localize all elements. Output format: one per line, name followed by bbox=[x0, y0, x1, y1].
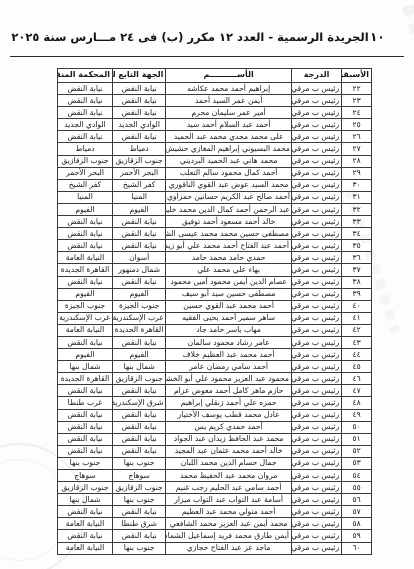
table-cell: ٣٤ bbox=[342, 228, 372, 240]
table-cell: الوادي الجديد bbox=[58, 119, 113, 131]
table-cell: أحمد سامي عبد الحليم رجب غنيم bbox=[166, 482, 292, 494]
table-cell: ٢٣ bbox=[342, 95, 372, 107]
table-cell: نيابة النقض bbox=[112, 445, 165, 457]
table-cell: أمير عمر سليمان محرم bbox=[166, 107, 292, 119]
table-cell: شرق طنطا bbox=[112, 518, 165, 530]
table-row: ٢٣رئيس ب مرقي أأيمن عمر السيد أحمدنيابة … bbox=[58, 95, 372, 107]
table-cell: رئيس ب مرقي أ bbox=[291, 336, 341, 348]
column-header-seniority: الأسبقية bbox=[342, 69, 372, 83]
table-cell: نيابة النقض bbox=[112, 95, 165, 107]
table-row: ٥٦رئيس ب مرقي أأسامة عبد التواب عبد التو… bbox=[58, 494, 372, 506]
table-cell: رئيس ب مرقي أ bbox=[291, 167, 341, 179]
table-cell: نيابة النقض bbox=[112, 336, 165, 348]
table-cell: الفيوم bbox=[112, 203, 165, 215]
table-cell: نيابة النقض bbox=[58, 131, 113, 143]
table-cell: ٤٩ bbox=[342, 409, 372, 421]
table-cell: رئيس ب مرقي أ bbox=[291, 240, 341, 252]
table-cell: محمد هاني عبد الحميد البرديني bbox=[166, 155, 292, 167]
table-cell: ٢٦ bbox=[342, 131, 372, 143]
table-cell: رئيس ب مرقي أ bbox=[291, 107, 341, 119]
table-cell: رئيس ب مرقي أ bbox=[291, 228, 341, 240]
table-cell: محمد البسيوني إبراهيم المغازي حشيش bbox=[166, 143, 292, 155]
table-cell: خالد أحمد مسعود أحمد توفيق bbox=[166, 216, 292, 228]
table-cell: البحر الأحمر bbox=[58, 167, 113, 179]
table-cell: أحمد عبد الفتاح أحمد محمد علي أبو زيد bbox=[166, 240, 292, 252]
table-cell: ٣٩ bbox=[342, 288, 372, 300]
table-row: ٣٥رئيس ب مرقي أأحمد عبد الفتاح أحمد محمد… bbox=[58, 240, 372, 252]
table-cell: رئيس ب مرقي أ bbox=[291, 312, 341, 324]
transfer-table: الأسبقية الدرجة الأســــــــــم الجهة ال… bbox=[57, 68, 372, 555]
table-cell: نيابة النقض bbox=[112, 83, 165, 95]
table-cell: رئيس ب مرقي أ bbox=[291, 324, 341, 336]
table-cell: نيابة النقض bbox=[58, 445, 113, 457]
table-cell: حمدي حامد محمد حامد bbox=[166, 252, 292, 264]
table-cell: نيابة النقض bbox=[112, 530, 165, 542]
table-cell: ٥٥ bbox=[342, 482, 372, 494]
table-cell: رئيس ب مرقي أ bbox=[291, 264, 341, 276]
table-cell: محمد السيد عوض عبد القوي الناقوري bbox=[166, 179, 292, 191]
table-row: ٣١رئيس ب مرقي أأحمد صالح عبد الكريم حسان… bbox=[58, 191, 372, 203]
table-cell: نيابة النقض bbox=[112, 506, 165, 518]
table-cell: جنوب بنها bbox=[58, 457, 113, 469]
table-row: ٤٦رئيس ب مرقي أمحمود عبد العزيز محمود عل… bbox=[58, 373, 372, 385]
table-row: ٥٠رئيس ب مرقي أأحمد حمدي كريم يسنيابة ال… bbox=[58, 421, 372, 433]
table-cell: حمزه علي أحمد زنقلي إبراهيم bbox=[166, 397, 292, 409]
column-header-court: المحكمة المنقول إليها bbox=[58, 69, 113, 83]
table-cell: رئيس ب مرقي أ bbox=[291, 373, 341, 385]
table-cell: رئيس ب مرقي أ bbox=[291, 191, 341, 203]
gazette-header-title: الجريدة الرسمية - العدد ١٢ مكرر (ب) فى ٢… bbox=[10, 30, 370, 44]
table-cell: ٣٢ bbox=[342, 203, 372, 215]
table-cell: رئيس ب مرقي أ bbox=[291, 216, 341, 228]
table-cell: أحمد محمد عبد القوي حسين bbox=[166, 300, 292, 312]
table-cell: ماجد عز عبد الفتاح حجازي bbox=[166, 542, 292, 554]
table-cell: أحمد عبد السلام أحمد سيد bbox=[166, 119, 292, 131]
table-cell: كفر الشيخ bbox=[112, 179, 165, 191]
table-header-row: الأسبقية الدرجة الأســــــــــم الجهة ال… bbox=[58, 69, 372, 83]
table-cell: غرب الإسكندرية bbox=[112, 312, 165, 324]
table-cell: أسامة عبد التواب عبد التواب ميزار bbox=[166, 494, 292, 506]
table-cell: ٥٨ bbox=[342, 518, 372, 530]
table-cell: دمياط bbox=[112, 143, 165, 155]
table-cell: جنوب الزقازيق bbox=[112, 373, 165, 385]
table-cell: نيابة النقض bbox=[58, 276, 113, 288]
table-cell: جنوب الجيزة bbox=[112, 300, 165, 312]
table-cell: نيابة النقض bbox=[58, 216, 113, 228]
table-cell: مصطفى حسين محمد محمد عيسى الشافعي bbox=[166, 228, 292, 240]
table-cell: الفيوم bbox=[58, 288, 113, 300]
table-row: ٣٤رئيس ب مرقي أمصطفى حسين محمد محمد عيسى… bbox=[58, 228, 372, 240]
table-row: ٥٩رئيس ب مرقي أأيمن طارق محمد فريد إسماع… bbox=[58, 530, 372, 542]
table-cell: ٢٢ bbox=[342, 83, 372, 95]
table-cell: رئيس ب مرقي أ bbox=[291, 361, 341, 373]
table-cell: نيابة النقض bbox=[58, 530, 113, 542]
table-row: ٥٥رئيس ب مرقي أأحمد سامي عبد الحليم رجب … bbox=[58, 482, 372, 494]
table-cell: ساهر سمير أحمد يحيى الفقيه bbox=[166, 312, 292, 324]
table-cell: رئيس ب مرقي أ bbox=[291, 349, 341, 361]
table-cell: رئيس ب مرقي أ bbox=[291, 494, 341, 506]
table-cell: ٥٦ bbox=[342, 494, 372, 506]
table-cell: عامر رشاد محمود سالمان bbox=[166, 336, 292, 348]
table-cell: رئيس ب مرقي أ bbox=[291, 300, 341, 312]
table-cell: جنوب الزقازيق bbox=[112, 155, 165, 167]
table-cell: ٤٠ bbox=[342, 300, 372, 312]
table-cell: نيابة النقض bbox=[112, 131, 165, 143]
table-cell: جنوب بنها bbox=[112, 542, 165, 554]
table-cell: الوادي الجديد bbox=[112, 119, 165, 131]
table-row: ٢٨رئيس ب مرقي أمحمد هاني عبد الحميد البر… bbox=[58, 155, 372, 167]
table-row: ٣٣رئيس ب مرقي أخالد أحمد مسعود أحمد توفي… bbox=[58, 216, 372, 228]
table-cell: نيابة النقض bbox=[58, 385, 113, 397]
table-cell: محمود عبد العزيز محمود علي أبو الخشب bbox=[166, 373, 292, 385]
table-cell: النيابة العامة bbox=[58, 252, 113, 264]
table-row: ٤٥رئيس ب مرقي أأحمد سامي رمضان عامرشمال … bbox=[58, 361, 372, 373]
table-cell: ٤٢ bbox=[342, 324, 372, 336]
table-row: ٣٨رئيس ب مرقي أعصام الدين أيمن محمود أمي… bbox=[58, 276, 372, 288]
table-cell: سوهاج bbox=[112, 470, 165, 482]
table-cell: رئيس ب مرقي أ bbox=[291, 131, 341, 143]
table-row: ٣٩رئيس ب مرقي أمصطفى حسين سيد أبو سيفالف… bbox=[58, 288, 372, 300]
table-cell: حازم ماهر كامل أحمد معوض عزام bbox=[166, 385, 292, 397]
table-cell: بهاء علي محمد علي bbox=[166, 264, 292, 276]
table-cell: الفيوم bbox=[58, 203, 113, 215]
table-cell: ٣٠ bbox=[342, 179, 372, 191]
table-cell: نيابة النقض bbox=[58, 240, 113, 252]
table-cell: النيابة العامة bbox=[58, 518, 113, 530]
table-cell: أحمد سامي رمضان عامر bbox=[166, 361, 292, 373]
column-header-grade: الدرجة bbox=[291, 69, 341, 83]
table-cell: النيابة العامة bbox=[58, 324, 113, 336]
table-cell: رئيس ب مرقي أ bbox=[291, 518, 341, 530]
table-cell: رئيس ب مرقي أ bbox=[291, 445, 341, 457]
table-cell: نيابة النقض bbox=[58, 336, 113, 348]
table-cell: رئيس ب مرقي أ bbox=[291, 252, 341, 264]
table-cell: النيابة العامة bbox=[58, 542, 113, 554]
table-cell: نيابة النقض bbox=[112, 216, 165, 228]
table-cell: رئيس ب مرقي أ bbox=[291, 421, 341, 433]
table-cell: جنوب الزقازيق bbox=[58, 155, 113, 167]
table-cell: رئيس ب مرقي أ bbox=[291, 542, 341, 554]
table-cell: نيابة النقض bbox=[112, 421, 165, 433]
table-cell: نيابة النقض bbox=[58, 107, 113, 119]
table-cell: رئيس ب مرقي أ bbox=[291, 409, 341, 421]
table-cell: رئيس ب مرقي أ bbox=[291, 457, 341, 469]
table-row: ٢٧رئيس ب مرقي أمحمد البسيوني إبراهيم الم… bbox=[58, 143, 372, 155]
table-cell: مصطفى حسين سيد أبو سيف bbox=[166, 288, 292, 300]
table-cell: أحمد محمد عبد العظيم خلاف bbox=[166, 349, 292, 361]
table-cell: ٥٠ bbox=[342, 421, 372, 433]
table-body: ٢٢رئيس ب مرقي أإبراهيم أحمد محمد عكاشهني… bbox=[58, 83, 372, 555]
table-row: ٥٢رئيس ب مرقي أخالد أحمد محمد عثمان عبد … bbox=[58, 445, 372, 457]
table-cell: رئيس ب مرقي أ bbox=[291, 385, 341, 397]
table-row: ٢٢رئيس ب مرقي أإبراهيم أحمد محمد عكاشهني… bbox=[58, 83, 372, 95]
table-cell: أحمد كمال محمود سالم التعلب bbox=[166, 167, 292, 179]
table-cell: ٢٧ bbox=[342, 143, 372, 155]
table-row: ٣٧رئيس ب مرقي أبهاء علي محمد عليشمال دمن… bbox=[58, 264, 372, 276]
table-row: ٥٣رئيس ب مرقي أجمال حسام الدين محمد اللب… bbox=[58, 457, 372, 469]
table-cell: غرب الإسكندرية bbox=[58, 312, 113, 324]
table-cell: جنوب بنها bbox=[112, 457, 165, 469]
diagonal-watermark bbox=[369, 0, 414, 114]
table-cell: ٤٧ bbox=[342, 385, 372, 397]
table-cell: سوهاج bbox=[58, 470, 113, 482]
table-row: ٥١رئيس ب مرقي أمحمد عبد الحافظ زيدان عبد… bbox=[58, 433, 372, 445]
table-cell: ٥٢ bbox=[342, 445, 372, 457]
table-cell: الفيوم bbox=[112, 288, 165, 300]
table-cell: نيابة النقض bbox=[58, 506, 113, 518]
table-cell: ٣٨ bbox=[342, 276, 372, 288]
table-cell: مهاب ياسر حامد جاد bbox=[166, 324, 292, 336]
table-cell: ٤٤ bbox=[342, 349, 372, 361]
table-cell: نيابة النقض bbox=[58, 409, 113, 421]
table-cell: نيابة النقض bbox=[112, 385, 165, 397]
table-cell: رئيس ب مرقي أ bbox=[291, 530, 341, 542]
table-cell: شمال بنها bbox=[112, 361, 165, 373]
table-cell: شمال دمنهور bbox=[112, 264, 165, 276]
table-cell: كفر الشيخ bbox=[58, 179, 113, 191]
table-row: ٤٩رئيس ب مرقي أعادل محمد قطب يوسف الأختي… bbox=[58, 409, 372, 421]
table-cell: ٢٥ bbox=[342, 119, 372, 131]
table-cell: القاهرة الجديدة bbox=[112, 324, 165, 336]
table-cell: شمال بنها bbox=[58, 494, 113, 506]
table-cell: الفيوم bbox=[58, 349, 113, 361]
table-cell: رئيس ب مرقي أ bbox=[291, 143, 341, 155]
table-cell: عادل محمد قطب يوسف الأختيار bbox=[166, 409, 292, 421]
table-cell: ٥٩ bbox=[342, 530, 372, 542]
table-row: ٤٧رئيس ب مرقي أحازم ماهر كامل أحمد معوض … bbox=[58, 385, 372, 397]
table-cell: ٥٤ bbox=[342, 470, 372, 482]
table-cell: شرق الإسكندرية bbox=[112, 397, 165, 409]
table-row: ٣٢رئيس ب مرقي أعبد الرحمن أحمد كمال الدي… bbox=[58, 203, 372, 215]
table-cell: رئيس ب مرقي أ bbox=[291, 95, 341, 107]
table-cell: نيابة النقض bbox=[112, 276, 165, 288]
table-cell: رئيس ب مرقي أ bbox=[291, 119, 341, 131]
table-cell: ٢٤ bbox=[342, 107, 372, 119]
table-cell: خالد أحمد محمد عثمان عبد المجيد bbox=[166, 445, 292, 457]
table-cell: رئيس ب مرقي أ bbox=[291, 397, 341, 409]
table-cell: البحر الأحمر bbox=[112, 167, 165, 179]
table-cell: على محمد مجدي محمد عبد الحميد bbox=[166, 131, 292, 143]
table-row: ٤٨رئيس ب مرقي أحمزه علي أحمد زنقلي إبراه… bbox=[58, 397, 372, 409]
table-row: ٢٦رئيس ب مرقي أعلى محمد مجدي محمد عبد ال… bbox=[58, 131, 372, 143]
table-cell: أحمد متولي محمد عبد العظيم bbox=[166, 506, 292, 518]
table-cell: ٤١ bbox=[342, 312, 372, 324]
table-cell: جنوب الزقازيق bbox=[58, 482, 113, 494]
table-row: ٤٠رئيس ب مرقي أأحمد محمد عبد القوي حسينج… bbox=[58, 300, 372, 312]
table-cell: ٣٥ bbox=[342, 240, 372, 252]
table-cell: القاهرة الجديدة bbox=[58, 373, 113, 385]
table-cell: رئيس ب مرقي أ bbox=[291, 276, 341, 288]
table-row: ٢٤رئيس ب مرقي أأمير عمر سليمان محرمنيابة… bbox=[58, 107, 372, 119]
table-cell: جمال حسام الدين محمد اللبان bbox=[166, 457, 292, 469]
table-cell: جنوب الجيزة bbox=[58, 300, 113, 312]
table-cell: ٥٧ bbox=[342, 506, 372, 518]
table-row: ٣٦رئيس ب مرقي أحمدي حامد محمد حامدأسوانا… bbox=[58, 252, 372, 264]
table-row: ٥٧رئيس ب مرقي أأحمد متولي محمد عبد العظي… bbox=[58, 506, 372, 518]
table-cell: ٤٦ bbox=[342, 373, 372, 385]
table-cell: ٥٣ bbox=[342, 457, 372, 469]
column-header-name: الأســــــــــم bbox=[166, 69, 292, 83]
table-cell: رئيس ب مرقي أ bbox=[291, 155, 341, 167]
table-cell: رئيس ب مرقي أ bbox=[291, 83, 341, 95]
table-cell: المنيا bbox=[58, 191, 113, 203]
table-cell: الفيوم bbox=[112, 349, 165, 361]
table-cell: القاهرة الجديدة bbox=[58, 264, 113, 276]
column-header-entity: الجهة التابع لها bbox=[112, 69, 165, 83]
table-cell: ٣٧ bbox=[342, 264, 372, 276]
table-cell: نيابة النقض bbox=[112, 228, 165, 240]
table-cell: رئيس ب مرقي أ bbox=[291, 433, 341, 445]
table-cell: مروان محمد عبد الحفيظ محمد bbox=[166, 470, 292, 482]
table-cell: أسوان bbox=[112, 252, 165, 264]
table-cell: نيابة النقض bbox=[112, 433, 165, 445]
table-cell: نيابة النقض bbox=[112, 107, 165, 119]
table-cell: ٤٨ bbox=[342, 397, 372, 409]
header-divider bbox=[10, 56, 404, 57]
table-cell: عصام الدين أيمن محمود أمين محمود bbox=[166, 276, 292, 288]
table-cell: ٢٩ bbox=[342, 167, 372, 179]
table-cell: عبد الرحمن أحمد كمال الدين محمد خليل bbox=[166, 203, 292, 215]
table-cell: جنوب الزقازيق bbox=[112, 482, 165, 494]
table-row: ٦٠رئيس ب مرقي أماجد عز عبد الفتاح حجازيج… bbox=[58, 542, 372, 554]
table-row: ٤١رئيس ب مرقي أساهر سمير أحمد يحيى الفقي… bbox=[58, 312, 372, 324]
table-cell: نيابة النقض bbox=[58, 433, 113, 445]
table-cell: شمال بنها bbox=[58, 361, 113, 373]
table-row: ٥٤رئيس ب مرقي أمروان محمد عبد الحفيظ محم… bbox=[58, 470, 372, 482]
table-cell: رئيس ب مرقي أ bbox=[291, 506, 341, 518]
table-row: ٢٥رئيس ب مرقي أأحمد عبد السلام أحمد سيدا… bbox=[58, 119, 372, 131]
table-cell: رئيس ب مرقي أ bbox=[291, 470, 341, 482]
table-row: ٤٤رئيس ب مرقي أأحمد محمد عبد العظيم خلاف… bbox=[58, 349, 372, 361]
table-cell: رئيس ب مرقي أ bbox=[291, 482, 341, 494]
table-cell: جنوب بنها bbox=[112, 494, 165, 506]
table-cell: نيابة النقض bbox=[112, 240, 165, 252]
table-cell: محمد أيمن عبد العزيز محمد الشافعي bbox=[166, 518, 292, 530]
table-cell: أحمد صالح عبد الكريم حسانين حمزاوي bbox=[166, 191, 292, 203]
table-row: ٣٠رئيس ب مرقي أمحمد السيد عوض عبد القوي … bbox=[58, 179, 372, 191]
table-cell: ٣١ bbox=[342, 191, 372, 203]
table-cell: نيابة النقض bbox=[112, 409, 165, 421]
table-cell: ٥١ bbox=[342, 433, 372, 445]
table-cell: دمياط bbox=[58, 143, 113, 155]
page-number: ١٠ bbox=[370, 30, 404, 44]
table-cell: المنيا bbox=[112, 191, 165, 203]
table-row: ٤٢رئيس ب مرقي أمهاب ياسر حامد جادالقاهرة… bbox=[58, 324, 372, 336]
table-cell: نيابة النقض bbox=[58, 83, 113, 95]
table-cell: ٣٣ bbox=[342, 216, 372, 228]
page-header: ١٠ الجريدة الرسمية - العدد ١٢ مكرر (ب) ف… bbox=[10, 24, 404, 50]
table-cell: رئيس ب مرقي أ bbox=[291, 288, 341, 300]
table-cell: نيابة النقض bbox=[58, 228, 113, 240]
table-row: ٢٩رئيس ب مرقي أأحمد كمال محمود سالم التع… bbox=[58, 167, 372, 179]
table-cell: ٣٦ bbox=[342, 252, 372, 264]
table-cell: رئيس ب مرقي أ bbox=[291, 179, 341, 191]
table-cell: إبراهيم أحمد محمد عكاشه bbox=[166, 83, 292, 95]
table-cell: ٤٥ bbox=[342, 361, 372, 373]
table-cell: غرب طنطا bbox=[58, 397, 113, 409]
table-cell: أحمد حمدي كريم يس bbox=[166, 421, 292, 433]
table-cell: أيمن عمر السيد أحمد bbox=[166, 95, 292, 107]
table-row: ٥٨رئيس ب مرقي أمحمد أيمن عبد العزيز محمد… bbox=[58, 518, 372, 530]
table-cell: محمد عبد الحافظ زيدان عبد الجواد bbox=[166, 433, 292, 445]
table-cell: رئيس ب مرقي أ bbox=[291, 203, 341, 215]
table-cell: ٤٣ bbox=[342, 336, 372, 348]
table-cell: نيابة النقض bbox=[58, 95, 113, 107]
table-row: ٤٣رئيس ب مرقي أعامر رشاد محمود سالماننيا… bbox=[58, 336, 372, 348]
table-cell: ٦٠ bbox=[342, 542, 372, 554]
table-cell: أيمن طارق محمد فريد إسماعيل الشماسي bbox=[166, 530, 292, 542]
table-cell: نيابة النقض bbox=[58, 421, 113, 433]
table-cell: ٢٨ bbox=[342, 155, 372, 167]
